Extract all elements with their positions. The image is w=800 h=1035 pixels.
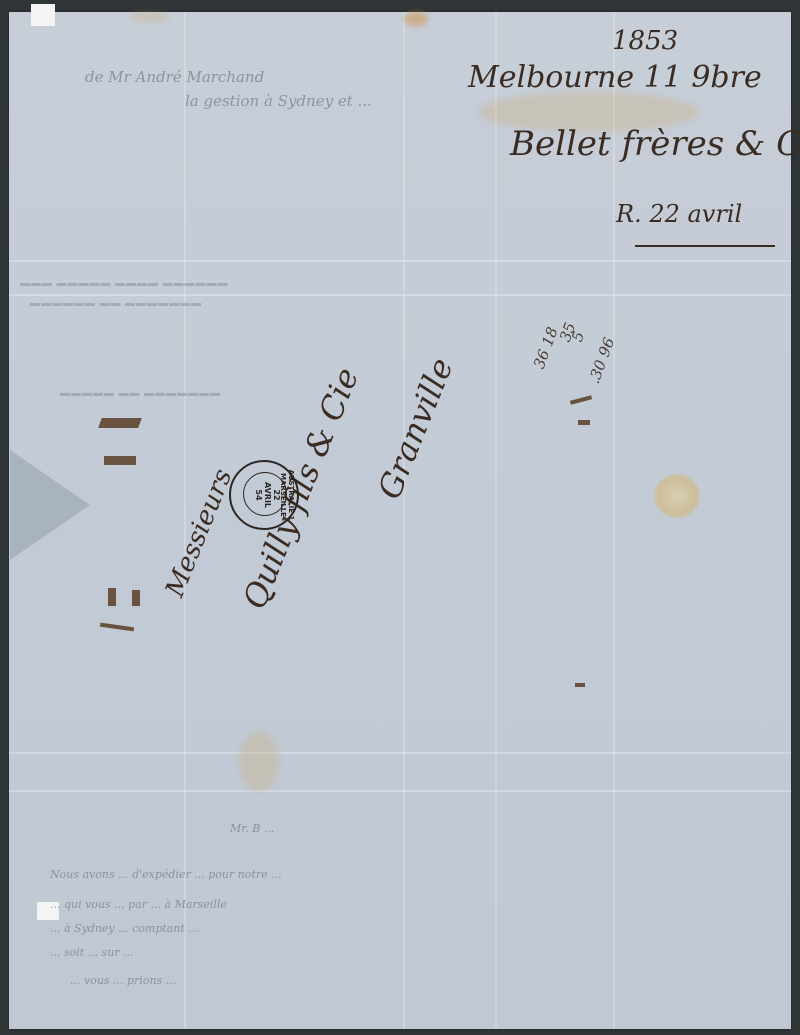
show-through-text: ... qui vous ... par ... à Marseille — [50, 898, 227, 911]
postmark-year: 54 — [254, 474, 263, 516]
faint-note: la gestion à Sydney et ... — [185, 92, 372, 110]
printed-show-through: ▬▬▬ ▬▬▬▬▬ ▬▬▬▬ ▬▬▬▬▬▬ — [20, 278, 229, 289]
fold-line — [9, 260, 791, 262]
torn-hole — [575, 683, 585, 687]
fold-line — [495, 12, 497, 1029]
postmark-day: 22 — [272, 474, 281, 516]
postmark-month: AVRIL — [263, 474, 272, 516]
docket-year: 1853 — [612, 26, 678, 56]
printed-show-through: ▬▬▬▬▬ ▬▬ ▬▬▬▬▬▬▬ — [60, 388, 221, 399]
postmark-cancel: AUSTRALIE 1 MARSEILLE 22 AVRIL 54 — [229, 460, 299, 530]
torn-hole — [104, 456, 136, 465]
fold-line — [9, 752, 791, 754]
wax-seal-remnant — [654, 474, 700, 518]
torn-hole — [132, 590, 140, 606]
show-through-text: Mr. B ... — [230, 822, 274, 835]
show-through-text: ... soit ... sur ... — [50, 946, 134, 959]
stain — [239, 732, 279, 792]
torn-hole — [578, 420, 590, 425]
torn-hole — [108, 588, 116, 606]
faint-note: de Mr André Marchand — [85, 68, 264, 86]
stain — [404, 12, 428, 26]
postmark-date: 22 AVRIL 54 — [254, 474, 281, 516]
fold-line — [9, 790, 791, 792]
postmark-ring-text: AUSTRALIE 1 MARSEILLE — [279, 462, 295, 528]
docket-received: R. 22 avril — [616, 200, 742, 228]
docket-place-date: Melbourne 11 9bre — [468, 60, 762, 95]
fold-line — [9, 294, 791, 296]
fold-line — [613, 12, 615, 1029]
stain — [129, 12, 169, 22]
docket-sender: Bellet frères & Cie — [510, 124, 800, 164]
printed-show-through: ▬▬▬▬▬▬ ▬▬ ▬▬▬▬▬▬▬ — [30, 298, 202, 309]
show-through-text: ... vous ... prions ... — [70, 974, 176, 987]
show-through-text: Nous avons ... d'expédier ... pour notre… — [50, 868, 282, 881]
envelope-flap-shadow — [10, 450, 90, 560]
torn-hole — [98, 418, 142, 428]
underline — [635, 245, 775, 247]
show-through-text: ... à Sydney ... comptant ... — [50, 922, 199, 935]
mounting-tab — [31, 4, 55, 26]
fold-line — [403, 12, 405, 1029]
